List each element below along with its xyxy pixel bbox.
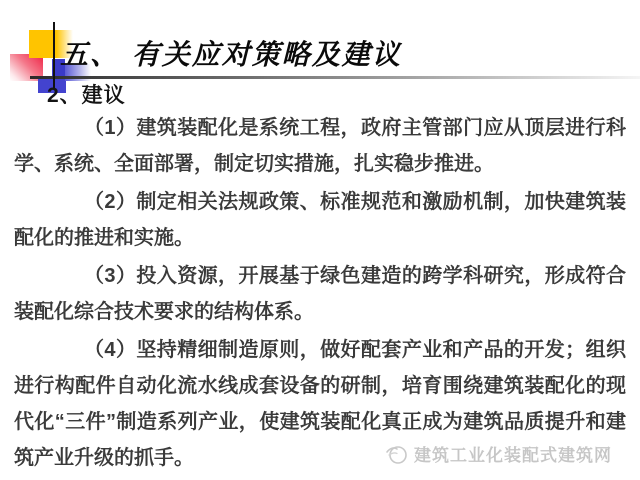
watermark-text: 建筑工业化装配式建筑网	[414, 441, 612, 466]
site-logo-icon	[385, 442, 409, 466]
watermark: 建筑工业化装配式建筑网	[385, 441, 612, 466]
slide-title: 五、 有关应对策略及建议	[60, 33, 402, 73]
paragraph-2: （2）制定相关法规政策、标准规范和激励机制，加快建筑装配化的推进和实施。	[14, 184, 626, 256]
paragraph-1: （1）建筑装配化是系统工程，政府主管部门应从顶层进行科学、系统、全面部署，制定切…	[14, 110, 626, 182]
section-heading: 2、建议	[47, 79, 126, 109]
paragraph-3: （3）投入资源，开展基于绿色建造的跨学科研究，形成符合装配化综合技术要求的结构体…	[14, 258, 626, 330]
slide: 五、 有关应对策略及建议 2、建议 （1）建筑装配化是系统工程，政府主管部门应从…	[0, 0, 640, 480]
body-text: （1）建筑装配化是系统工程，政府主管部门应从顶层进行科学、系统、全面部署，制定切…	[14, 110, 626, 478]
